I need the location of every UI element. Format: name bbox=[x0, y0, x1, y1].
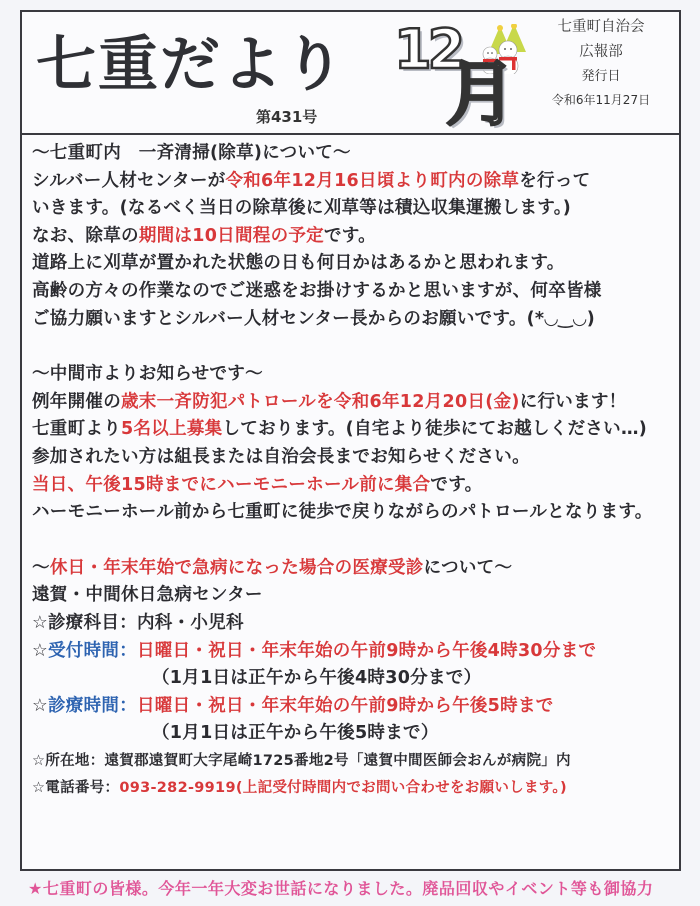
footer-message: ★七重町の皆様。今年一年大変お世話になりました。廃品回収やイベント等も御協力 bbox=[28, 876, 653, 899]
spacer bbox=[32, 527, 673, 555]
highlight-text: 休日・年末年始で急病になった場合の医療受診 bbox=[50, 558, 424, 578]
cleanup-line-4: 道路上に刈草が置かれた状態の日も何日かはあるかと思われます。 bbox=[32, 250, 673, 278]
medical-departments: ☆診療科目：内科・小児科 bbox=[32, 610, 673, 638]
text: について～ bbox=[424, 558, 513, 578]
label: ☆電話番号： bbox=[32, 780, 119, 796]
spacer bbox=[32, 333, 673, 361]
text: ～ bbox=[32, 558, 50, 578]
newsletter-header: 七重だより 第431号 12 月 七重町自 bbox=[22, 12, 679, 135]
patrol-line-2: 七重町より5名以上募集しております。(自宅より徒歩にてお越しください…) bbox=[32, 416, 673, 444]
medical-address: ☆所在地：遠賀郡遠賀町大字尾崎1725番地2号「遠賀中間医師会おんが病院」内 bbox=[32, 748, 673, 776]
month-kanji: 月 bbox=[446, 56, 516, 132]
consult-note: （1月1日は正午から午後5時まで） bbox=[32, 720, 673, 748]
cleanup-line-3: なお、除草の期間は10日間程の予定です。 bbox=[32, 223, 673, 251]
text: を行って bbox=[519, 171, 590, 191]
cleanup-line-5: 高齢の方々の作業なのでご迷惑をお掛けするかと思いますが、何卒皆様 bbox=[32, 278, 673, 306]
newsletter-body: ～七重町内 一斉清掃(除草)について～ シルバー人材センターが令和6年12月16… bbox=[32, 140, 673, 803]
patrol-line-4: 当日、午後15時までにハーモニーホール前に集合です。 bbox=[32, 472, 673, 500]
highlight-text: 日曜日・祝日・年末年始の午前9時から午後4時30分まで bbox=[137, 641, 596, 661]
text: 例年開催の bbox=[32, 392, 121, 412]
star-icon: ☆ bbox=[32, 696, 48, 716]
publisher-block: 七重町自治会 広報部 発行日 令和6年11月27日 bbox=[531, 16, 671, 112]
text: 七重町より bbox=[32, 419, 121, 439]
section-heading-patrol: ～中間市よりお知らせです～ bbox=[32, 361, 673, 389]
label: 診療時間： bbox=[48, 696, 137, 716]
text: です。 bbox=[324, 226, 376, 246]
consult-hours: ☆診療時間：日曜日・祝日・年末年始の午前9時から午後5時まで bbox=[32, 693, 673, 721]
cleanup-line-6: ご協力願いますとシルバー人材センター長からのお願いです。(*◡‿◡) bbox=[32, 306, 673, 334]
text: に行います！ bbox=[520, 392, 627, 412]
highlight-text: 当日、午後15時までにハーモニーホール前に集合 bbox=[32, 475, 430, 495]
text: です。 bbox=[430, 475, 482, 495]
publisher-org: 七重町自治会 bbox=[531, 16, 671, 39]
text: しております。(自宅より徒歩にてお越しください…) bbox=[222, 419, 647, 439]
highlight-text: 期間は10日間程の予定 bbox=[139, 226, 324, 246]
patrol-line-3: 参加されたい方は組長または自治会長までお知らせください。 bbox=[32, 444, 673, 472]
issue-date-label: 発行日 bbox=[531, 65, 671, 88]
newsletter-frame: 七重だより 第431号 12 月 七重町自 bbox=[20, 10, 681, 871]
star-icon: ☆ bbox=[32, 641, 48, 661]
medical-phone: ☆電話番号：093-282-9919(上記受付時間内でお問い合わせをお願いします… bbox=[32, 775, 673, 803]
issue-number: 第431号 bbox=[256, 106, 317, 127]
medical-center-name: 遠賀・中間休日急病センター bbox=[32, 582, 673, 610]
reception-hours: ☆受付時間：日曜日・祝日・年末年始の午前9時から午後4時30分まで bbox=[32, 638, 673, 666]
text: シルバー人材センターが bbox=[32, 171, 225, 191]
highlight-text: 令和6年12月16日頃より町内の除草 bbox=[225, 171, 519, 191]
reception-note: （1月1日は正午から午後4時30分まで） bbox=[32, 665, 673, 693]
highlight-text: 5名以上募集 bbox=[121, 419, 222, 439]
newsletter-title: 七重だより bbox=[36, 30, 346, 100]
text: なお、除草の bbox=[32, 226, 139, 246]
highlight-text: 歳末一斉防犯パトロールを令和6年12月20日(金) bbox=[121, 392, 520, 412]
month-badge: 12 月 bbox=[394, 20, 534, 132]
patrol-line-5: ハーモニーホール前から七重町に徒歩で戻りながらのパトロールとなります。 bbox=[32, 499, 673, 527]
cleanup-line-1: シルバー人材センターが令和6年12月16日頃より町内の除草を行って bbox=[32, 168, 673, 196]
publisher-dept: 広報部 bbox=[531, 41, 671, 64]
cleanup-line-2: いきます。(なるべく当日の除草後に刈草等は積込収集運搬します。) bbox=[32, 195, 673, 223]
patrol-line-1: 例年開催の歳末一斉防犯パトロールを令和6年12月20日(金)に行います！ bbox=[32, 389, 673, 417]
phone-number: 093-282-9919(上記受付時間内でお問い合わせをお願いします。) bbox=[119, 780, 567, 796]
section-heading-cleanup: ～七重町内 一斉清掃(除草)について～ bbox=[32, 140, 673, 168]
issue-date: 令和6年11月27日 bbox=[531, 89, 671, 112]
section-heading-medical: ～休日・年末年始で急病になった場合の医療受診について～ bbox=[32, 555, 673, 583]
highlight-text: 日曜日・祝日・年末年始の午前9時から午後5時まで bbox=[137, 696, 554, 716]
label: 受付時間： bbox=[48, 641, 137, 661]
